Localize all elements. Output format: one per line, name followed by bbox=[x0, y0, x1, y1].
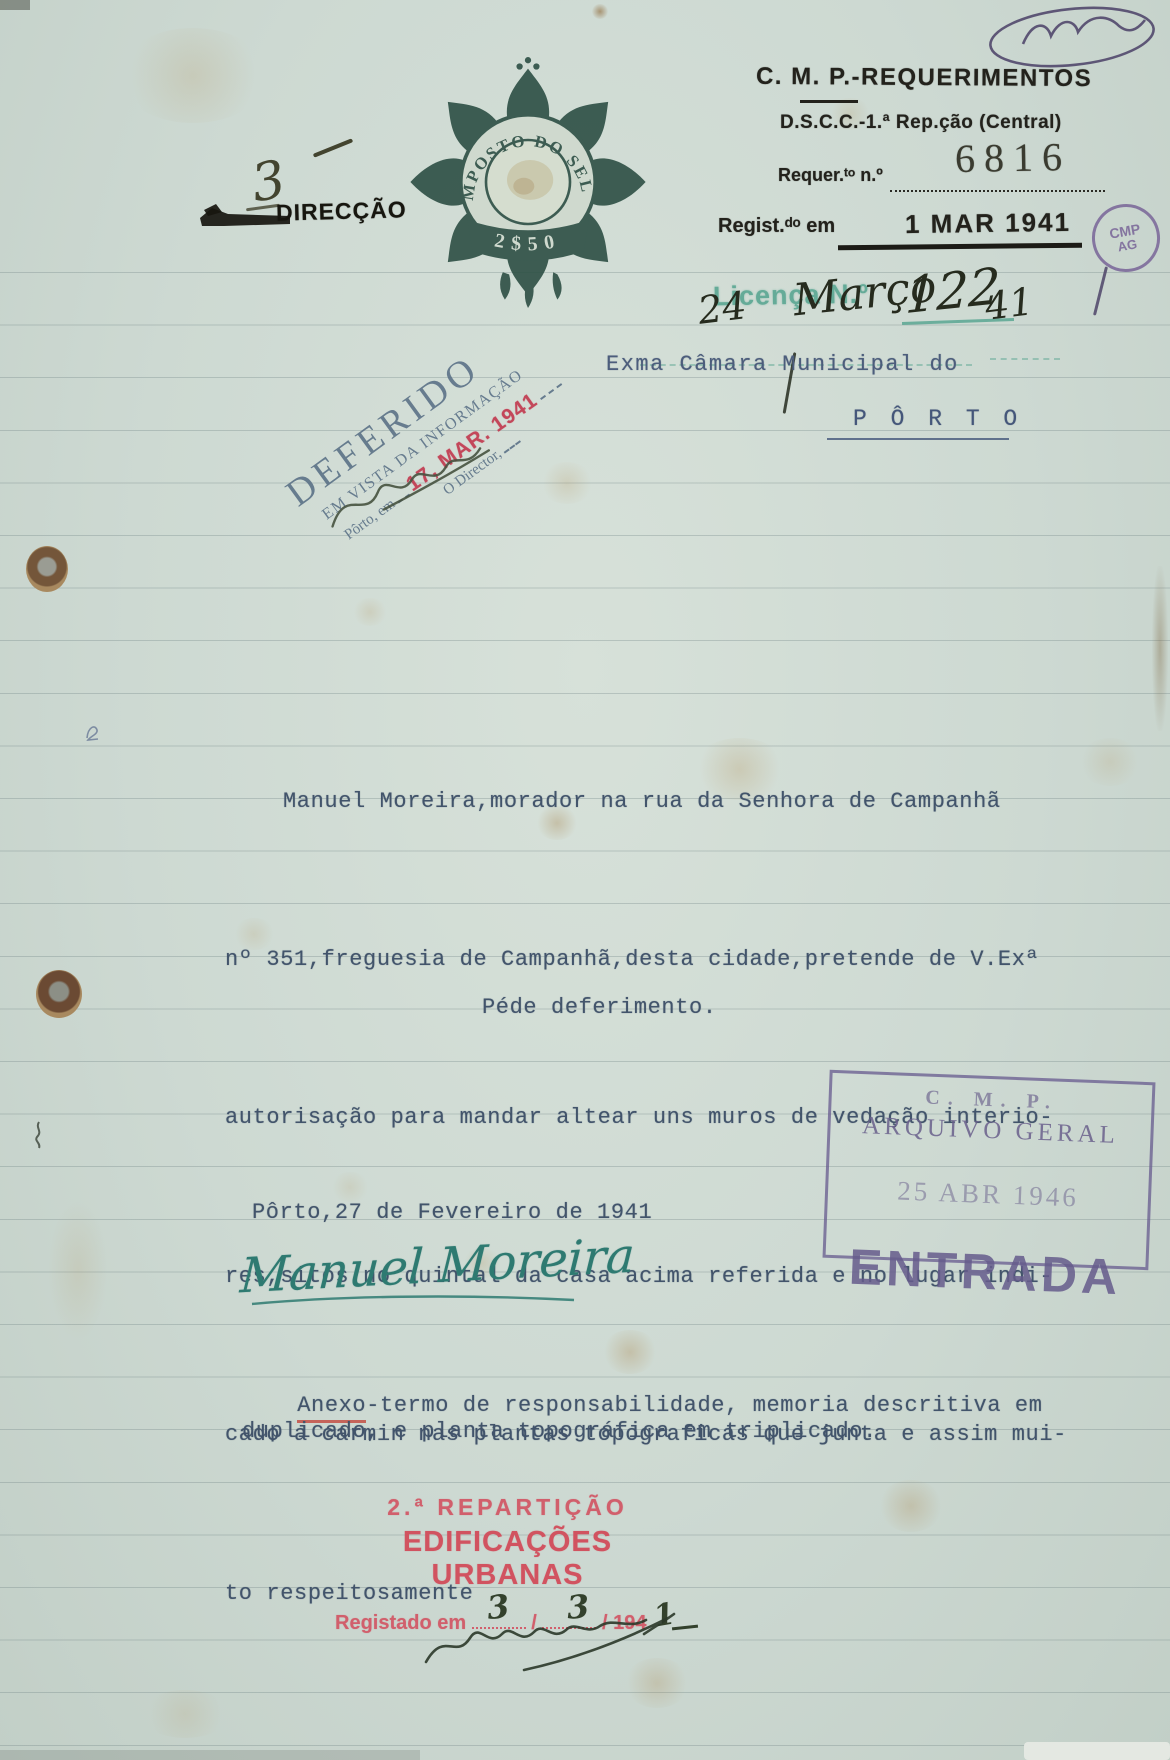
arquivo-date: 25 ABR 1946 bbox=[828, 1173, 1149, 1216]
body-line: nº 351,freguesia de Campanhã,desta cidad… bbox=[225, 934, 1085, 987]
rust-hole-top bbox=[26, 546, 68, 592]
annex-line-1-rest: -termo de responsabilidade, memoria desc… bbox=[366, 1393, 1042, 1418]
direction-number-dash bbox=[313, 138, 353, 157]
registry-title-stamp: C. M. P.-REQUERIMENTOS bbox=[756, 63, 1092, 93]
cmp-ag-badge: CMP AG bbox=[1087, 199, 1166, 278]
scanned-document-page: IMPOSTO DO SELO 2$50 3 DIRECÇÃO C. M. P.… bbox=[0, 0, 1170, 1760]
handwritten-year: 41 bbox=[982, 279, 1035, 329]
reparticao-line-1: 2.ª REPARTIÇÃO bbox=[335, 1494, 680, 1521]
registered-date-value: 1 MAR 1941 bbox=[905, 207, 1071, 240]
dateline: Pôrto,27 de Fevereiro de 1941 bbox=[252, 1200, 652, 1225]
handwritten-scribble-oval bbox=[985, 2, 1160, 72]
registered-date-label: Regist.ᵈᵒ em bbox=[718, 215, 835, 238]
registry-title-underline bbox=[800, 100, 858, 103]
request-number-value: 6816 bbox=[955, 133, 1072, 182]
annex-line-2: duplicado, e planta topográfica em tripl… bbox=[242, 1419, 877, 1444]
margin-mark-upper bbox=[84, 720, 100, 744]
rust-hole-bottom bbox=[36, 970, 82, 1018]
licenca-stamp-line2b bbox=[990, 358, 1060, 360]
handwritten-day: 24 bbox=[695, 283, 748, 333]
applicant-signature-flourish bbox=[248, 1292, 578, 1310]
handwritten-tick-below-badge bbox=[1093, 266, 1108, 315]
body-line: Manuel Moreira,morador na rua da Senhora… bbox=[225, 776, 1085, 829]
registered-date-underline bbox=[838, 243, 1082, 251]
petition-closing: Péde deferimento. bbox=[482, 995, 717, 1020]
direccao-stamp: DIRECÇÃO bbox=[276, 196, 407, 226]
addressee-city-underline bbox=[827, 438, 1009, 440]
clerk-signature bbox=[418, 1588, 678, 1696]
deferido-dash-2 bbox=[534, 375, 562, 400]
arquivo-status: ENTRADA bbox=[824, 1237, 1146, 1307]
arquivo-name: ARQUIVO GERAL bbox=[830, 1111, 1151, 1151]
addressee-salutation: Exma Câmara Municipal do bbox=[606, 352, 959, 377]
imposto-do-selo-seal: IMPOSTO DO SELO 2$50 bbox=[400, 56, 656, 308]
addressee-city: P Ô R T O bbox=[853, 406, 1022, 432]
margin-mark-lower bbox=[32, 1120, 46, 1150]
registry-department-stamp: D.S.C.C.-1.ª Rep.ção (Central) bbox=[780, 112, 1062, 134]
request-number-label: Requer.ᵗᵒ n.º bbox=[778, 165, 883, 186]
arquivo-geral-stamp: C. M. P. ARQUIVO GERAL 25 ABR 1946 ENTRA… bbox=[823, 1070, 1156, 1270]
cmp-ag-badge-bottom: AG bbox=[1116, 237, 1138, 254]
reparticao-line-2: EDIFICAÇÕES URBANAS bbox=[335, 1526, 680, 1592]
